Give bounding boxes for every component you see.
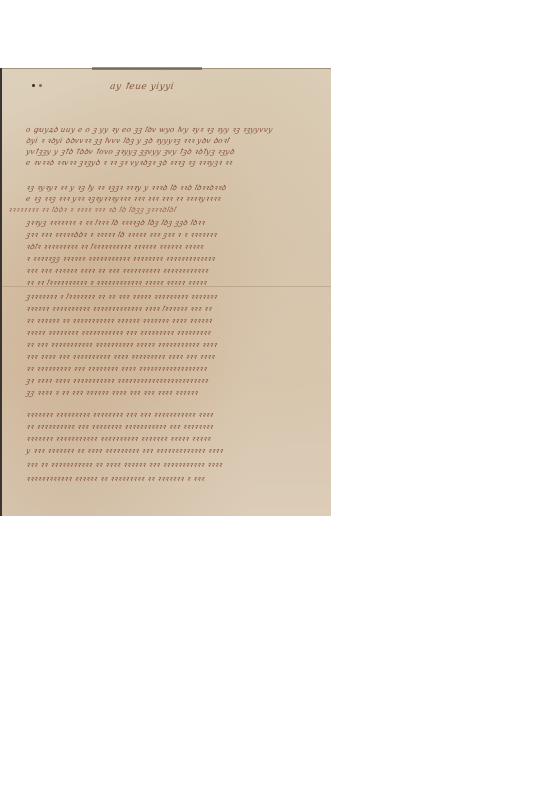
manuscript-line: ꝛꝛꝛ ꝛꝛꝛ ꝛꝛꝛꝛꝛꝛ ꝛꝛꝛꝛ ꝛꝛ ꝛꝛꝛ ꝛꝛꝛꝛꝛꝛꝛꝛꝛꝛ ꝛꝛ…	[25, 266, 327, 275]
manuscript-line: ꝫꝛꝛ ꝛꝛꝛ ꝛꝛꝛꝛꝛꝺꝺꝛ ꝛ ꝛꝛꝛꝛꝛ ꝉꝺ ꝛꝛꝛꝛꝛ ꝛꝛꝛ ꝫꝛ…	[25, 230, 327, 239]
manuscript-line: ꝛꝛꝛ ꝛꝛ ꝛꝛꝛꝛꝛꝛꝛꝛꝛꝛꝛ ꝛꝛ ꝛꝛꝛꝛ ꝛꝛꝛꝛꝛꝛ ꝛꝛꝛ ꝛꝛ…	[25, 460, 327, 469]
manuscript-heading: ay ꝉeue yiyyi	[109, 82, 174, 92]
manuscript-line: ꝛꝛꝛꝛꝛꝛꝛꝛ ꝛꝛ ꝉꝺꝺꝛ ꝛ ꝛꝛꝛꝛ ꝛꝛꝛ ꝛꝺ ꝉꝺ ꝉꝺꝫꝫ ꝫ…	[7, 205, 309, 214]
manuscript-page: ay ꝉeue yiyyi o ꝙuyꝝꝺ uuy e o ꝫ yy ꝛy eo…	[2, 68, 331, 516]
manuscript-line: y ꝛꝛꝛ ꝛꝛꝛꝛꝛꝛꝛ ꝛꝛ ꝛꝛꝛꝛ ꝛꝛꝛꝛꝛꝛꝛꝛꝛ ꝛꝛꝛ ꝛꝛꝛꝛ…	[25, 446, 327, 455]
manuscript-line: e ꝛvꝛꝛꝺ ꝛꝛvꝛꝛ ꝫꝛꝫyꝺ ꝛ ꝛꝛ ꝫꝛ vyꝛꝺꝫꝛ ꝫꝺ ꝛꝛ…	[25, 158, 327, 167]
ink-marks	[32, 84, 44, 88]
manuscript-line: ꝫꝛꝛꝛꝛꝛꝛꝛ ꝛ ꝉꝛꝛꝛꝛꝛꝛꝛ ꝛꝛ ꝛꝛ ꝛꝛꝛ ꝛꝛꝛꝛꝛ ꝛꝛꝛꝛ…	[25, 292, 327, 301]
manuscript-line: ꝛꝛꝛꝛꝛ ꝛꝛꝛꝛꝛꝛꝛꝛ ꝛꝛꝛꝛꝛꝛꝛꝛꝛꝛꝛ ꝛꝛꝛ ꝛꝛꝛꝛꝛꝛꝛꝛꝛ…	[25, 328, 327, 337]
manuscript-line: o ꝙuyꝝꝺ uuy e o ꝫ yy ꝛy eo ꝫꝫ ꝉꝺv wyo ꝉv…	[25, 125, 327, 134]
manuscript-line: ꝛꝛ ꝛꝛꝛ ꝛꝛꝛꝛꝛꝛꝛꝛꝛꝛꝛ ꝛꝛꝛꝛꝛꝛꝛꝛꝛꝛ ꝛꝛꝛꝛꝛ ꝛꝛꝛꝛ…	[25, 340, 327, 349]
manuscript-line: ꝛ ꝛꝛꝛꝛꝛꝫꝫ ꝛꝛꝛꝛꝛꝛ ꝛꝛꝛꝛꝛꝛꝛꝛꝛꝛꝛ ꝛꝛꝛꝛꝛꝛꝛꝛ ꝛꝛ…	[25, 254, 327, 263]
manuscript-line: ꝛꝫ ꝛyꝛyꝛ ꝛꝛ y ꝛꝫ ꝉy ꝛꝛ ꝛꝫꝫꝛ ꝛꝛꝛy y ꝛꝛꝛꝺ …	[25, 183, 327, 192]
manuscript-line: ꝛꝛꝛꝛꝛꝛ ꝛꝛꝛꝛꝛꝛꝛꝛꝛꝛ ꝛꝛꝛꝛꝛꝛꝛꝛꝛꝛꝛꝛꝛ ꝛꝛꝛꝛ ꝉꝛꝛ…	[25, 304, 327, 313]
manuscript-line: ꝛꝛ ꝛꝛ ꝉꝛꝛꝛꝛꝛꝛꝛꝛꝛꝛ ꝛ ꝛꝛꝛꝛꝛꝛꝛꝛꝛꝛꝛꝛ ꝛꝛꝛꝛꝛ ꝛ…	[25, 278, 327, 287]
manuscript-line: ꝛꝺꝉꝛ ꝛꝛꝛꝛꝛꝛꝛꝛꝛ ꝛꝛ ꝉꝛꝛꝛꝛꝛꝛꝛꝛꝛꝛ ꝛꝛꝛꝛꝛꝛ ꝛꝛꝛ…	[25, 242, 327, 251]
manuscript-line: ꝛꝛ ꝛꝛꝛꝛꝛꝛ ꝛꝛ ꝛꝛꝛꝛꝛꝛꝛꝛꝛꝛꝛ ꝛꝛꝛꝛꝛꝛ ꝛꝛꝛꝛꝛꝛꝛ …	[25, 316, 327, 325]
manuscript-line: yvꝉꝫꝫy y ꝫꝉꝺ ꝉꝺꝺv ꝉovo ꝫꝛyyꝫ ꝫꝫvyy ꝫvy ꝉ…	[25, 147, 327, 156]
manuscript-line: ꝛꝛꝛꝛꝛꝛꝛ ꝛꝛꝛꝛꝛꝛꝛꝛꝛꝛꝛ ꝛꝛꝛꝛꝛꝛꝛꝛꝛꝛ ꝛꝛꝛꝛꝛꝛꝛ ꝛ…	[25, 434, 327, 443]
manuscript-line: ꝛꝛꝛꝛꝛꝛꝛ ꝛꝛꝛꝛꝛꝛꝛꝛꝛ ꝛꝛꝛꝛꝛꝛꝛꝛ ꝛꝛꝛ ꝛꝛꝛ ꝛꝛꝛꝛꝛ…	[25, 410, 327, 419]
manuscript-line: ꝛꝛ ꝛꝛꝛꝛꝛꝛꝛꝛꝛꝛ ꝛꝛꝛ ꝛꝛꝛꝛꝛꝛꝛꝛ ꝛꝛꝛꝛꝛꝛꝛꝛꝛꝛꝛ ꝛ…	[25, 422, 327, 431]
manuscript-line: ꝫꝫ ꝛꝛꝛꝛ ꝛ ꝛꝛ ꝛꝛꝛ ꝛꝛꝛꝛꝛꝛ ꝛꝛꝛꝛ ꝛꝛꝛ ꝛꝛꝛ ꝛꝛꝛ…	[25, 388, 327, 397]
manuscript-line: ꝛꝛꝛ ꝛꝛꝛꝛ ꝛꝛꝛ ꝛꝛꝛꝛꝛꝛꝛꝛꝛꝛ ꝛꝛꝛꝛ ꝛꝛꝛꝛꝛꝛꝛꝛꝛ ꝛ…	[25, 352, 327, 361]
manuscript-line: ꝛꝛ ꝛꝛꝛꝛꝛꝛꝛꝛꝛ ꝛꝛꝛ ꝛꝛꝛꝛꝛꝛꝛꝛ ꝛꝛꝛꝛ ꝛꝛꝛꝛꝛꝛꝛꝛꝛ…	[25, 364, 327, 373]
manuscript-line: e ꝛꝫ ꝛꝛꝫ ꝛꝛꝛ yꝛꝛ ꝛꝫꝛyꝛꝛꝛyꝛꝛꝛ ꝛꝛꝛ ꝛꝛꝛ ꝛꝛꝛ…	[25, 194, 327, 203]
manuscript-line: ꝫꝛꝛyꝫ ꝛꝛꝛꝛꝛꝛꝛ ꝛ ꝛꝛ ꝉꝛꝛꝛ ꝉꝺ ꝛꝛꝛꝛꝫꝺ ꝉꝺꝫ ꝉꝺ…	[25, 218, 327, 227]
manuscript-line: ꝫꝛ ꝛꝛꝛꝛ ꝛꝛꝛꝛ ꝛꝛꝛꝛꝛꝛꝛꝛꝛꝛꝛ ꝛꝛꝛꝛꝛꝛꝛꝛꝛꝛꝛꝛꝛꝛꝛ…	[25, 376, 327, 385]
manuscript-line: ꝺyi ꝛ ꝛꝺyi ꝺꝺvvꝛꝛ ꝫꝫ ꝉvvv ꝉꝺꝫ y ꝫꝺ ꝛyyyꝛ…	[25, 136, 327, 145]
manuscript-line: ꝛꝛꝛꝛꝛꝛꝛꝛꝛꝛꝛꝛ ꝛꝛꝛꝛꝛꝛ ꝛꝛ ꝛꝛꝛꝛꝛꝛꝛꝛꝛ ꝛꝛ ꝛꝛꝛꝛ…	[25, 474, 287, 483]
